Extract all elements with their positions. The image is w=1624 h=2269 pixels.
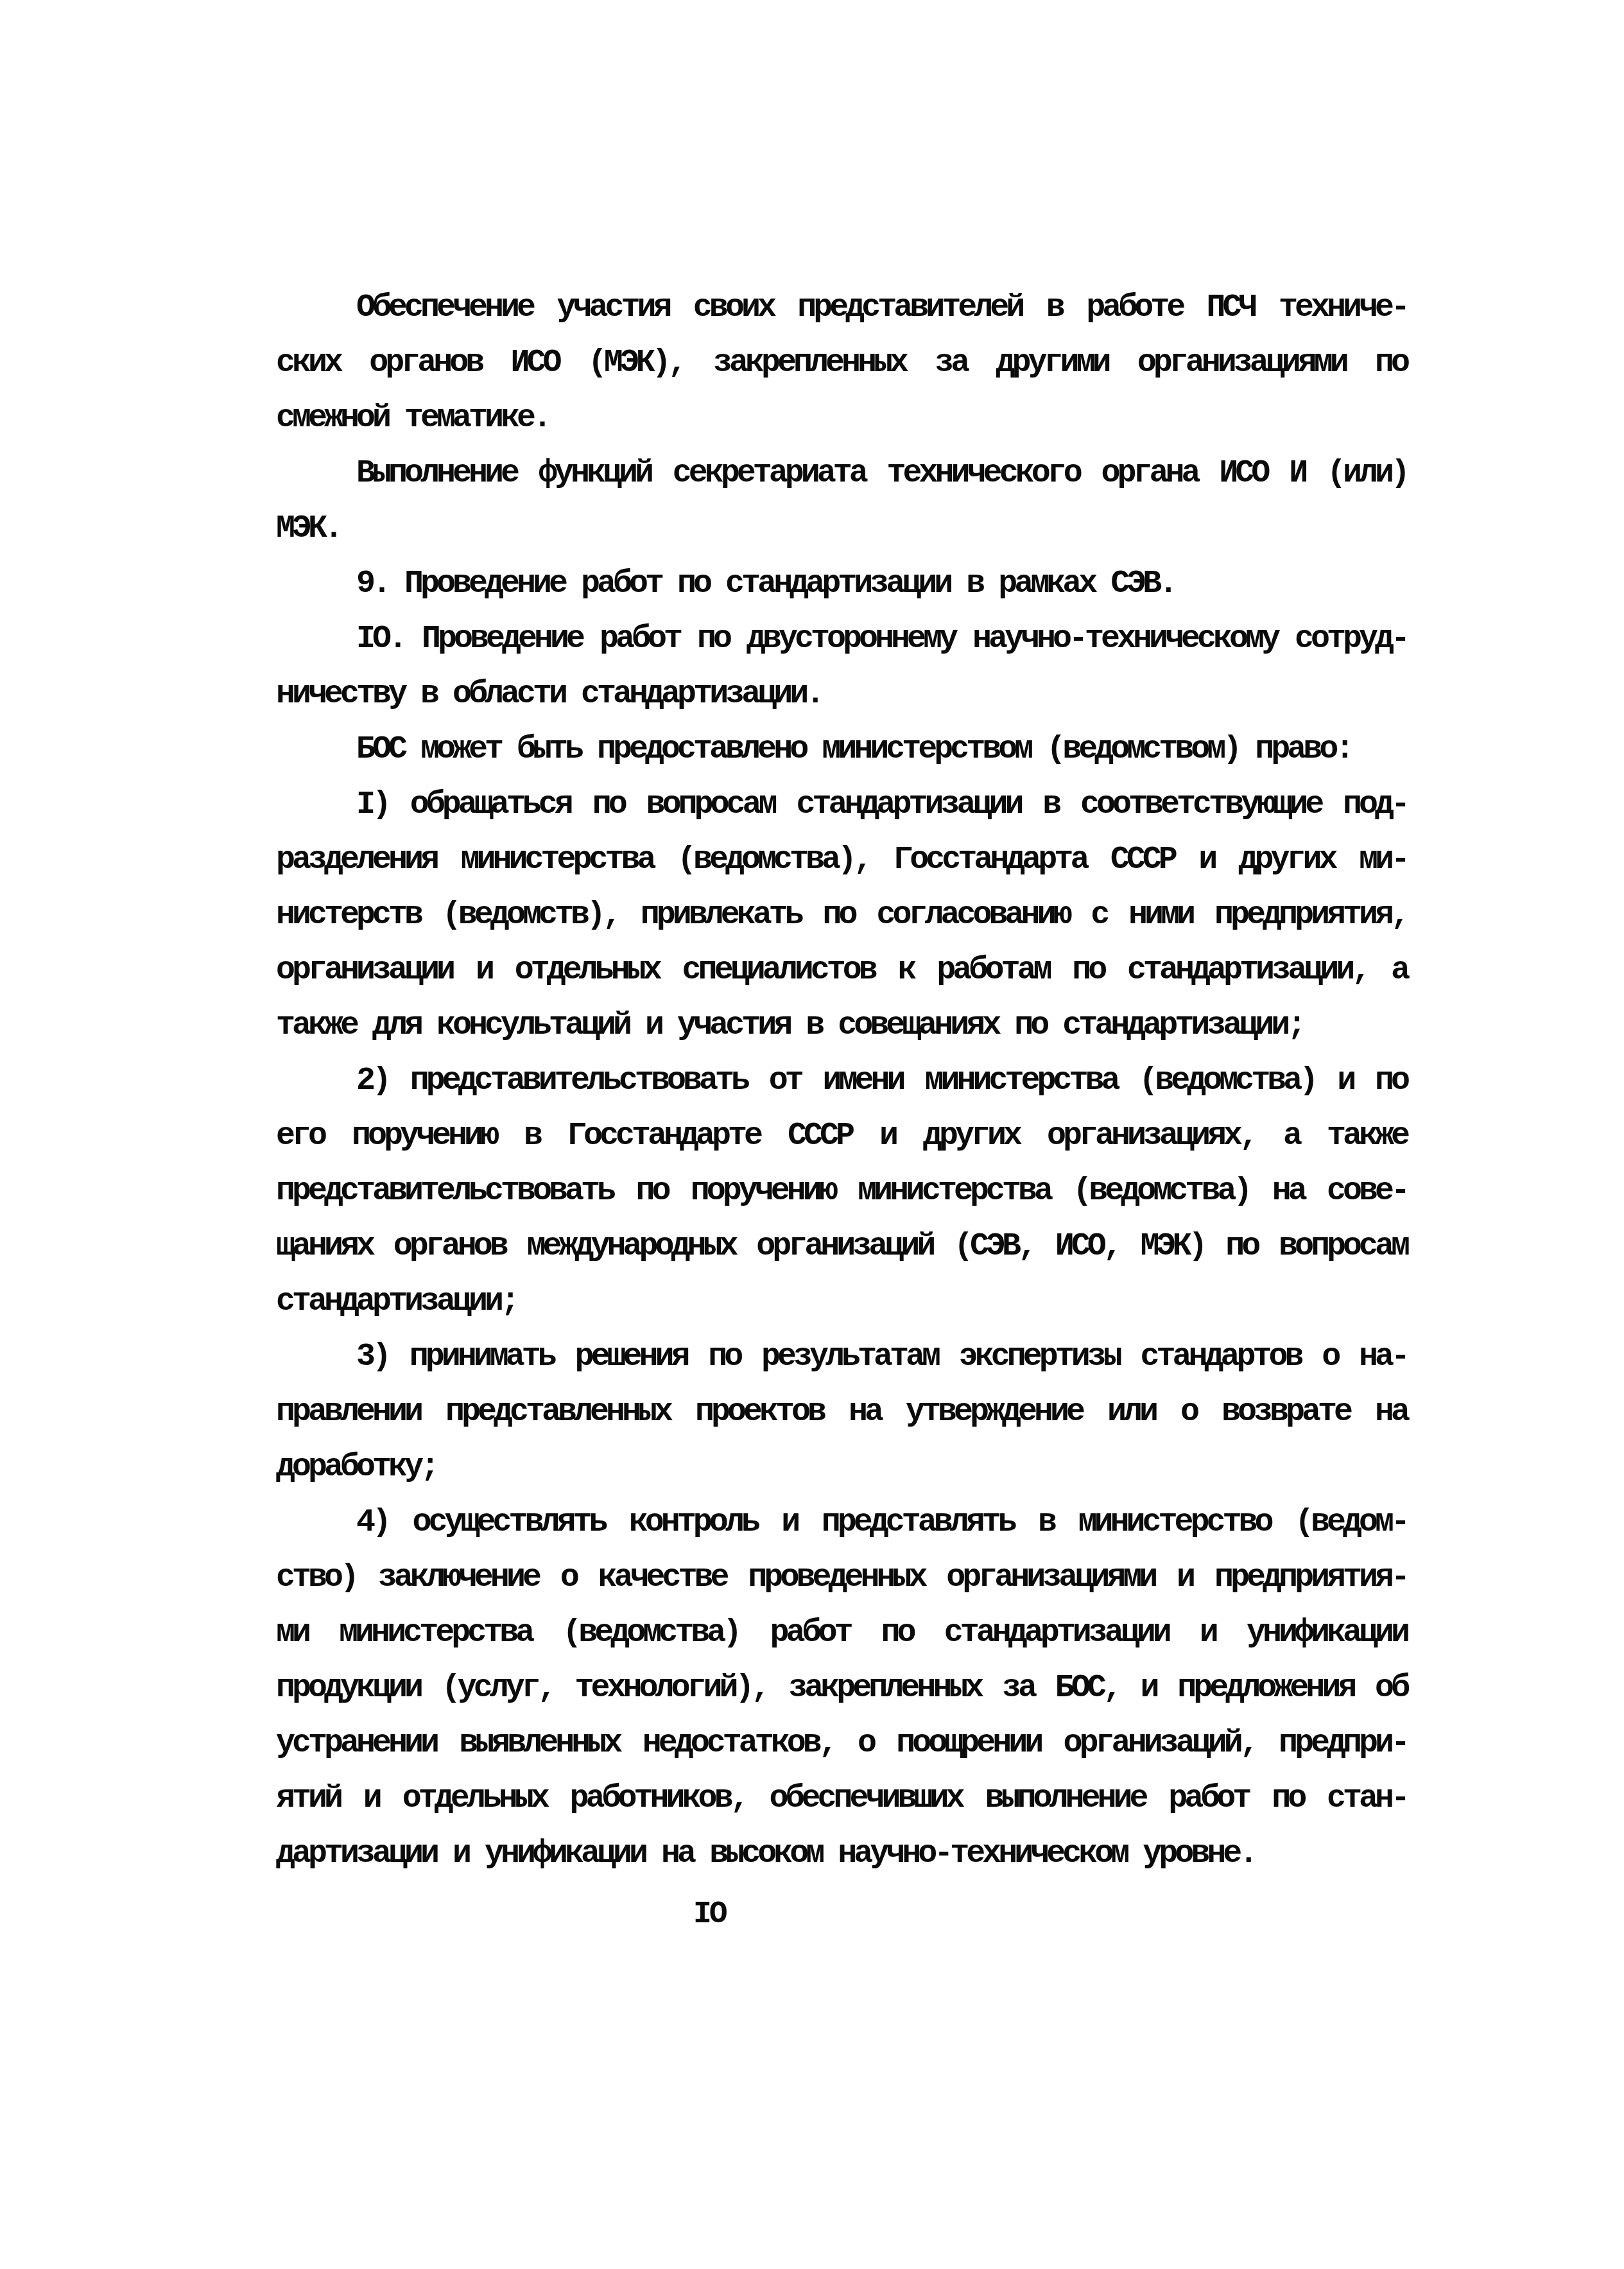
text-line: 3) принимать решения по результатам эксп… (276, 1330, 1407, 1385)
text-line: ми министерства (ведомства) работ по ста… (276, 1606, 1407, 1661)
text-line: доработку; (276, 1440, 1407, 1495)
page-number: IO (276, 1887, 1407, 1942)
text-line: щаниях органов международных организаций… (276, 1219, 1407, 1274)
text-line: ничеству в области стандартизации. (276, 667, 1407, 722)
text-line: IO. Проведение работ по двустороннему на… (276, 612, 1407, 667)
text-line: его поручению в Госстандарте СССР и друг… (276, 1109, 1407, 1164)
text-line: стандартизации; (276, 1274, 1407, 1330)
text-line: Обеспечение участия своих представителей… (276, 281, 1407, 336)
text-line: разделения министерства (ведомства), Гос… (276, 833, 1407, 888)
text-line: представительствовать по поручению минис… (276, 1164, 1407, 1219)
text-line: 4) осуществлять контроль и представлять … (276, 1495, 1407, 1551)
text-line: устранении выявленных недостатков, о поо… (276, 1716, 1407, 1771)
text-line: дартизации и унификации на высоком научн… (276, 1827, 1407, 1882)
text-line: БОС может быть предоставлено министерств… (276, 722, 1407, 778)
typewritten-text-block: Обеспечение участия своих представителей… (276, 281, 1407, 1942)
text-line: ятий и отдельных работников, обеспечивши… (276, 1771, 1407, 1827)
text-line: ство) заключение о качестве проведенных … (276, 1551, 1407, 1606)
text-line: 2) представительствовать от имени минист… (276, 1054, 1407, 1109)
text-line: правлении представленных проектов на утв… (276, 1385, 1407, 1440)
text-line: ских органов ИСО (МЭК), закрепленных за … (276, 336, 1407, 391)
text-line: организации и отдельных специалистов к р… (276, 943, 1407, 998)
scanned-document-page: Обеспечение участия своих представителей… (0, 0, 1624, 2269)
text-line: I) обращаться по вопросам стандартизации… (276, 778, 1407, 833)
text-line: МЭК. (276, 501, 1407, 557)
text-line: нистерств (ведомств), привлекать по согл… (276, 888, 1407, 943)
text-line: также для консультаций и участия в совещ… (276, 998, 1407, 1054)
text-line: 9. Проведение работ по стандартизации в … (276, 557, 1407, 612)
text-line: смежной тематике. (276, 391, 1407, 446)
text-line: продукции (услуг, технологий), закреплен… (276, 1661, 1407, 1716)
text-line: Выполнение функций секретариата техничес… (276, 446, 1407, 501)
